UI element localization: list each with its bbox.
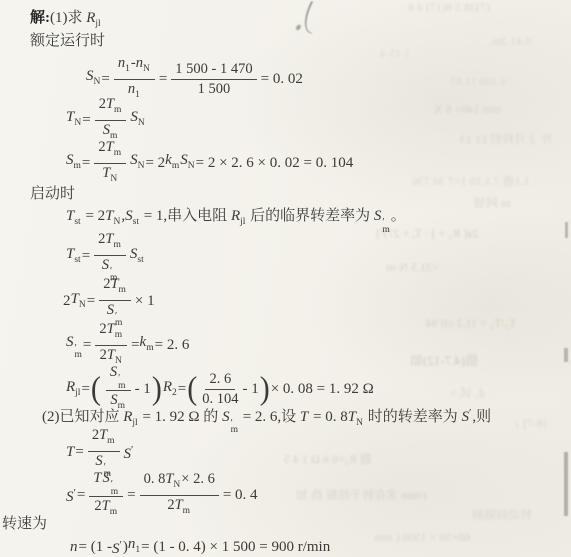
startup-condition-text: Tst = 2TN,Sst = 1,串入电阻 Rjl 后的临界转差率为 S′m。 (66, 206, 406, 233)
math-variable: n (70, 537, 79, 557)
eq-startup-torque-sub: 2TN = 2TmS′m × 1 (63, 276, 155, 327)
text-run: 转速为 (2, 516, 47, 532)
big-paren: ) (260, 374, 270, 405)
math-variable: Rjl (66, 377, 81, 403)
text-run: 启动时 (30, 186, 75, 202)
bleedthrough-fragment: 4 100 11 87 (450, 74, 507, 89)
text-run: = (101, 69, 109, 89)
text-run: 2 (100, 347, 107, 364)
text-run: = (1 - (79, 537, 112, 557)
math-variable: S′m (102, 470, 119, 495)
eq-startup-torque: Tst = 2TmS′mSst (66, 231, 145, 282)
math-variable: n1 (128, 534, 141, 557)
math-variable: S′ (112, 535, 123, 557)
text-run: = (83, 335, 91, 355)
text-run: 额定运行时 (30, 33, 105, 49)
math-variable: Rjl (86, 10, 101, 26)
bleedthrough-fragment: 1.1通 7.1.10 1=7 30 736 (412, 172, 530, 189)
fraction: 0. 8TN × 2. 62Tm (140, 471, 219, 520)
text-run: = 0. 02 (261, 69, 303, 89)
bleedthrough-streak (564, 348, 568, 362)
eq-slip-prime: S′ = TS′m2Tm = 0. 8TN × 2. 62Tm = 0. 4 (66, 470, 258, 521)
text-run: = (127, 485, 135, 505)
text-run: 2 (92, 427, 99, 444)
text-run: - 1 (135, 379, 151, 399)
text-run: 2 (63, 291, 71, 311)
math-variable: Tm (106, 139, 122, 162)
math-variable: nN (136, 55, 151, 78)
math-variable: Sm (66, 150, 82, 176)
text-run: 后的临界转差率为 (246, 208, 374, 224)
math-variable: Rjl (123, 409, 138, 425)
fraction: TS′m2Tm (89, 470, 123, 521)
bleedthrough-fragment: T₁/T₂ = 11.2 ≤0 94 (426, 316, 516, 331)
text-run: = 2 (82, 208, 105, 224)
bleedthrough-fragment: (7)38 5 8(17) 4 8 (408, 0, 490, 15)
math-variable: km (165, 150, 180, 176)
math-variable: n1 (118, 55, 131, 78)
text-run: ,则 (472, 409, 491, 425)
text-run: 2 (99, 96, 106, 113)
text-run: = 1,串入电阻 (140, 208, 231, 224)
text-run: 0. 8 (144, 471, 166, 488)
rated-operation-label: 额定运行时 (30, 31, 105, 51)
math-variable: Tm (99, 427, 115, 450)
bleedthrough-fragment: 题 R₂=0.6 Ω 1 4 5 (284, 450, 372, 467)
text-run: = (82, 110, 90, 130)
text-run: = 1. 92 Ω 的 (139, 409, 222, 425)
text-run: = 0. 4 (223, 485, 258, 505)
math-variable: Tst (66, 208, 82, 224)
math-variable: Tm (105, 231, 121, 254)
bleedthrough-fragment: mm 140+ 8 X (434, 102, 501, 117)
text-run: 时的转差率为 (364, 409, 462, 425)
bleedthrough-fragment: 60×50 = 1500 ( nim (374, 530, 470, 545)
math-variable: S′ (66, 483, 77, 507)
text-run: = 2. 6,设 (239, 409, 300, 425)
text-run: = 0. 8 (309, 409, 347, 425)
big-paren: ( (91, 374, 101, 405)
math-variable: Sst (125, 208, 140, 224)
eq-critical-slip-prime: S′m = 2Tm2TN = km = 2. 6 (66, 321, 189, 370)
ink-smudge (298, 1, 326, 34)
math-variable: km (140, 332, 155, 358)
text-run: 2 (99, 321, 106, 338)
text-run: (1)求 (50, 10, 86, 26)
math-variable: SN (180, 150, 195, 176)
text-run: = 2. 6 (155, 335, 190, 355)
math-variable: TN (105, 208, 121, 224)
math-variable: Tm (102, 498, 118, 521)
bleedthrough-fragment: m 阿划 (474, 194, 510, 211)
text-run: 解: (30, 10, 50, 26)
bleedthrough-fragment: 0.41 2m (492, 34, 531, 49)
math-variable: S′ (461, 409, 472, 425)
math-variable: T (300, 409, 309, 425)
text-run: 2 (98, 231, 105, 248)
fraction: 2TmS′m (99, 276, 131, 327)
math-variable: TN (165, 471, 181, 494)
bleedthrough-fragment: r/min 求在转干扭振 㧑 加 (296, 486, 427, 503)
text-run: 2 (167, 497, 174, 514)
fraction: 2Tm2TN (95, 321, 127, 370)
text-run: = 2 (145, 153, 165, 173)
math-variable: TN (71, 289, 87, 315)
text-run: = (75, 442, 83, 462)
math-variable: T (93, 470, 102, 487)
bleedthrough-fragment: 值(4.7-12)如 (410, 350, 478, 369)
text-run: (2)已知对应 (42, 409, 123, 425)
math-variable: TN (66, 107, 82, 133)
text-run: = 2 × 2. 6 × 0. 02 = 0. 104 (196, 153, 354, 173)
bleedthrough-streak (564, 452, 568, 516)
text-run: = (159, 69, 167, 89)
math-variable: TN (348, 409, 364, 425)
fraction: 1 500 - 1 4701 500 (171, 61, 256, 98)
math-variable: SN (130, 107, 145, 133)
bleedthrough-streak (565, 222, 568, 238)
text-run: = (82, 153, 90, 173)
text-run: 。 (391, 208, 406, 224)
eq-critical-slip: Sm = 2TmTNSN = 2kmSN = 2 × 2. 6 × 0. 02 … (66, 139, 353, 188)
bleedthrough-fragment: 1 15 4 (380, 46, 410, 61)
math-variable: T (66, 442, 75, 462)
text-run: 2. 6 (209, 371, 231, 388)
math-variable: S′m (222, 409, 239, 425)
text-run: 2 (98, 139, 105, 156)
bleedthrough-fragment: d₁ 试 = (450, 384, 485, 401)
speed-label: 转速为 (2, 514, 47, 534)
math-variable: S′m (374, 208, 391, 224)
math-variable: Tm (110, 276, 126, 299)
startup-label: 启动时 (30, 184, 75, 204)
math-variable: S′m (110, 364, 127, 389)
bleedthrough-fragment: 转动间隔制 (472, 506, 532, 523)
math-variable: S′m (66, 332, 83, 359)
math-variable: Tm (107, 321, 123, 344)
text-run: × 1 (135, 291, 155, 311)
eq-speed: n = (1 - S′)n1 = (1 - 0. 4) × 1 500 = 90… (70, 534, 330, 557)
big-paren: ( (187, 374, 197, 405)
text-run: 1 500 (198, 81, 231, 98)
text-run: × 0. 08 = 1. 92 Ω (271, 379, 374, 399)
text-run: = (1 - 0. 4) × 1 500 = 900 r/min (141, 537, 330, 557)
math-variable: SN (130, 150, 145, 176)
text-run: = (131, 335, 139, 355)
text-run: = (82, 246, 90, 266)
bleedthrough-fragment: =31.5 N·m (386, 260, 439, 275)
fraction: 2TmTN (94, 139, 126, 188)
text-run: 2 (103, 276, 110, 293)
math-variable: TN (102, 165, 118, 188)
math-variable: Tst (66, 244, 82, 270)
math-variable: Sst (130, 244, 145, 270)
text-run: × 2. 6 (181, 471, 215, 488)
math-variable: Tm (175, 497, 191, 520)
part1-heading: 解:(1)求 Rjl (30, 8, 102, 34)
bleedthrough-fragment: [8-7] ↓ (514, 416, 547, 431)
math-variable: S′ (124, 440, 135, 464)
math-variable: SN (86, 66, 101, 92)
fraction: 2TmS′m (94, 231, 126, 282)
eq-rated-torque: TN = 2TmSmSN (66, 96, 146, 145)
text-run: = (178, 379, 186, 399)
math-variable: R2 (163, 377, 178, 403)
fraction: 2TmSm (95, 96, 127, 145)
big-paren: ) (152, 374, 162, 405)
scanned-textbook-page: (7)38 5 8(17) 4 80.41 2m1 15 44 100 11 8… (0, 0, 571, 557)
text-run: = (77, 485, 85, 505)
text-run: - 1 (242, 379, 258, 399)
text-run: 1 500 - 1 470 (175, 61, 252, 78)
bleedthrough-fragment: 外 上月枠但 £1 13 (460, 130, 553, 147)
math-variable: Rjl (231, 208, 246, 224)
math-variable: Tm (106, 96, 122, 119)
text-run: 2 (94, 498, 101, 515)
text-run: = (87, 291, 95, 311)
text-run: = (81, 379, 89, 399)
